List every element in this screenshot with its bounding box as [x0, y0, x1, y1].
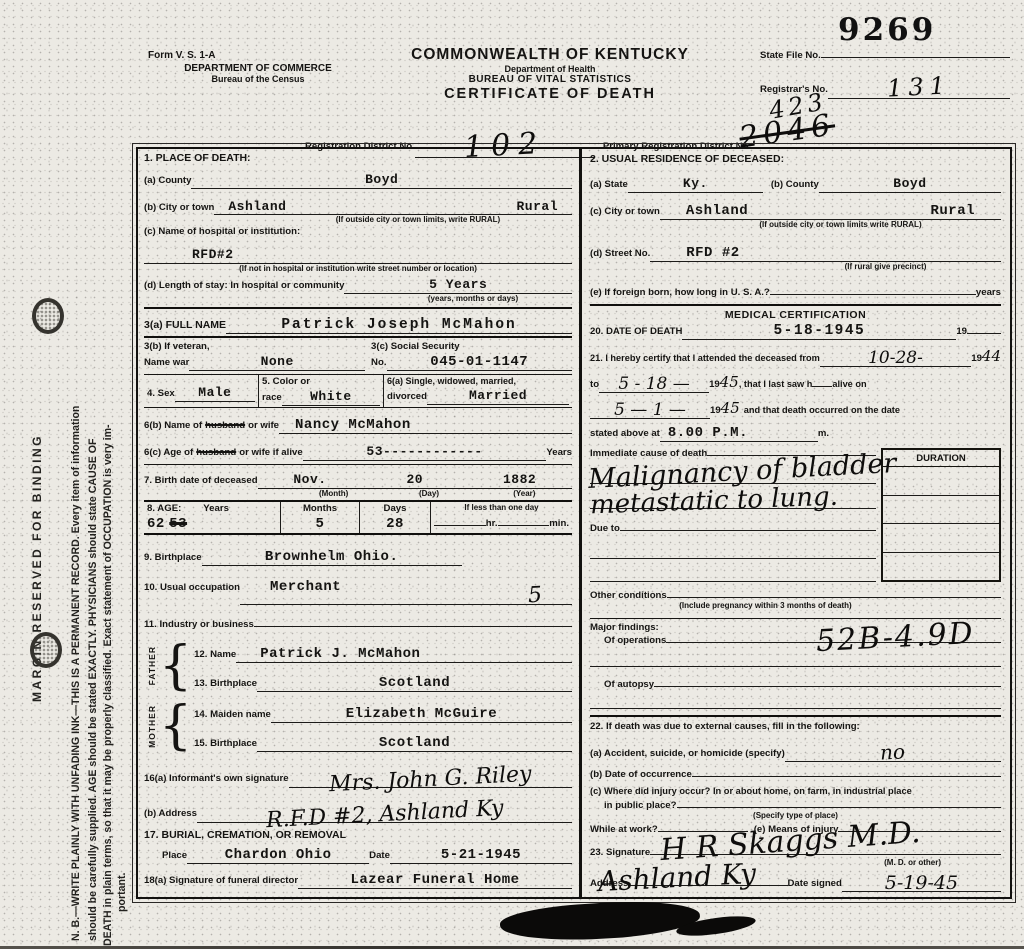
s23-date-label: Date signed	[788, 878, 842, 889]
s7-month: Nov.	[293, 472, 326, 487]
s6c-value: 53------------	[366, 444, 482, 459]
s16b-value: R.F.D #2, Ashland Ky	[265, 796, 504, 833]
s2d-value: RFD #2	[686, 245, 739, 261]
bureau-of-census: Bureau of the Census	[148, 74, 368, 84]
s2d-label: (d) Street No.	[590, 248, 650, 259]
s1c-note: (If not in hospital or institution write…	[144, 264, 572, 273]
state-file-label: State File No.	[760, 50, 821, 61]
s17-date-value: 5-21-1945	[441, 847, 521, 863]
s3b-value: None	[261, 354, 294, 369]
header-left: Form V. S. 1-A DEPARTMENT OF COMMERCE Bu…	[148, 50, 368, 84]
section-major-findings: Major findings: Of operations 52B-4.9D O…	[590, 622, 1001, 709]
s7-label: 7. Birth date of deceased	[144, 475, 258, 486]
s2a-label: (a) State	[590, 179, 628, 190]
s8-months-value: 5	[316, 516, 325, 532]
s18a-label: 18(a) Signature of funeral director	[144, 875, 298, 886]
s1a-label: (a) County	[144, 175, 191, 186]
form-number: Form V. S. 1-A	[148, 50, 368, 61]
s7-day-note: (Day)	[381, 489, 476, 498]
punch-hole-top	[32, 298, 64, 334]
s6b-post: or wife	[248, 420, 279, 431]
s20-year: 19	[956, 326, 967, 337]
c21-to-value: 5 - 18 —	[618, 374, 689, 394]
s17-place-label: Place	[162, 850, 187, 861]
section-father: FATHER { 12. Name Patrick J. McMahon 13.…	[144, 640, 572, 692]
c21-y1-value: 44	[982, 347, 1001, 365]
s2e-label: (e) If foreign born, how long in U. S. A…	[590, 287, 770, 298]
s8-years-value: 62	[147, 516, 165, 532]
e22b-label: (b) Date of occurrence	[590, 769, 692, 780]
section-21-certify: 21. I hereby certify that I attended the…	[590, 346, 1001, 442]
s5-value: White	[310, 389, 352, 404]
s23-label: 23. Signature	[590, 847, 650, 858]
s16a-label: 16(a) Informant's own signature	[144, 773, 289, 784]
other-conditions-note: (Include pregnancy within 3 months of de…	[590, 601, 1001, 610]
s3c-label-bottom: No.	[371, 357, 386, 368]
s2c-note: (If outside city or town limits write RU…	[590, 220, 1001, 229]
s11-label: 11. Industry or business	[144, 619, 254, 630]
s17-place-value: Chardon Ohio	[225, 847, 332, 863]
r13-label: 13. Birthplace	[194, 678, 257, 689]
department-of-health: Department of Health	[385, 64, 715, 74]
death-certificate-scan: MARGIN RESERVED FOR BINDING N. B.—WRITE …	[0, 0, 1024, 949]
c21-y2pre: 19	[709, 379, 720, 390]
r15-label: 15. Birthplace	[194, 738, 257, 749]
registrar-no-line: 131	[828, 70, 1010, 99]
stamp-number: 9269	[838, 12, 936, 48]
section-cause-of-death: Immediate cause of death Due to Malignan…	[590, 448, 1001, 582]
e22a-label: (a) Accident, suicide, or homicide (spec…	[590, 748, 785, 759]
c21-y2-value: 45	[720, 373, 739, 391]
margin-note-line3: DEATH in plain terms, so that it may be …	[102, 424, 114, 946]
mother-brace: {	[159, 704, 192, 748]
section-birthplace: 9. Birthplace Brownhelm Ohio.	[144, 547, 572, 566]
s1a-value: Boyd	[365, 172, 398, 187]
s5-label-top: 5. Color or	[262, 376, 380, 387]
s1b-extra: Rural	[516, 199, 558, 214]
s16a-value: Mrs. John G. Riley	[329, 762, 533, 798]
s8-less-label: If less than one day	[434, 503, 569, 512]
s3c-label-top: 3(c) Social Security	[371, 341, 572, 352]
s8-label: 8. AGE:	[147, 503, 181, 514]
due-line-3	[590, 559, 876, 582]
father-side-label: FATHER	[147, 646, 157, 685]
r14-value: Elizabeth McGuire	[346, 706, 497, 722]
e22d-label: While at work?	[590, 824, 658, 835]
s3a-value: Patrick Joseph McMahon	[281, 317, 516, 333]
section-external-causes: 22. If death was due to external causes,…	[590, 721, 1001, 835]
section-informant-address: (b) Address R.F.D #2, Ashland Ky	[144, 797, 572, 823]
s7-year: 1882	[503, 472, 536, 487]
duration-row	[883, 524, 999, 553]
department-of-commerce: DEPARTMENT OF COMMERCE	[148, 63, 368, 74]
s3c-value: 045-01-1147	[430, 354, 528, 370]
s1d-value: 5 Years	[429, 277, 487, 292]
s6c-suffix: Years	[546, 447, 572, 458]
s6b-struck: husband	[205, 420, 245, 431]
s2c-label: (c) City or town	[590, 206, 660, 217]
certificate-body: 1. PLACE OF DEATH: (a) County Boyd (b) C…	[136, 147, 1012, 899]
section-occupation: 10. Usual occupation Merchant 5	[144, 579, 572, 605]
s20-label: 20. DATE OF DEATH	[590, 326, 682, 337]
r14-label: 14. Maiden name	[194, 709, 271, 720]
ink-blot	[499, 896, 701, 946]
c21-line4: stated above at	[590, 428, 660, 439]
section-physician-signature: 23. Signature H R Skaggs M.D. (M. D. or …	[590, 847, 1001, 892]
s10-value: Merchant	[270, 579, 341, 604]
s10-label: 10. Usual occupation	[144, 582, 240, 593]
s6c-post: or wife if alive	[239, 447, 302, 458]
section-other-conditions: Other conditions	[590, 590, 1001, 601]
e22c-label: (c) Where did injury occur? In or about …	[590, 786, 1001, 796]
s1d-label: (d) Length of stay: In hospital or commu…	[144, 280, 344, 291]
right-column: 2. USUAL RESIDENCE OF DECEASED: (a) Stat…	[579, 149, 1010, 897]
c21-line3: and that death occurred on the date	[744, 405, 900, 415]
duration-label: DURATION	[883, 450, 999, 467]
section-age: 8. AGE: Years 62 53 Months 5 Days 28 If …	[144, 502, 572, 533]
c21-line2: , that I last saw h	[739, 379, 813, 389]
s6a-label-top: 6(a) Single, widowed, married,	[387, 376, 569, 386]
s6b-pre: 6(b) Name of	[144, 420, 202, 431]
left-column: 1. PLACE OF DEATH: (a) County Boyd (b) C…	[138, 149, 579, 897]
s9-value: Brownhelm Ohio.	[265, 549, 399, 565]
due-to-label: Due to	[590, 523, 620, 534]
c21-line1: 21. I hereby certify that I attended the…	[590, 353, 820, 363]
s10-hw-value: 5	[527, 583, 542, 609]
margin-note-line2: should be carefully supplied. AGE should…	[87, 439, 99, 942]
section-sex-race-marital: 4. Sex Male 5. Color or race White 6(a) …	[144, 375, 572, 407]
s6a-label-bottom: divorced	[387, 391, 427, 402]
s3b-label-bottom: Name war	[144, 357, 189, 368]
r15-value: Scotland	[379, 735, 450, 751]
header-center: COMMONWEALTH OF KENTUCKY Department of H…	[385, 46, 715, 102]
s18a-value: Lazear Funeral Home	[350, 872, 519, 888]
med-title: MEDICAL CERTIFICATION	[590, 309, 1001, 321]
registrar-no-value: 131	[886, 71, 951, 102]
s1b-label: (b) City or town	[144, 202, 214, 213]
section-burial: 17. BURIAL, CREMATION, OR REMOVAL Place …	[144, 829, 572, 864]
autopsy-line-2	[590, 690, 1001, 709]
s1b-value: Ashland	[228, 199, 286, 214]
c21-y1pre: 19	[971, 353, 982, 364]
s8-days-label: Days	[363, 503, 427, 514]
s8-months-label: Months	[284, 503, 356, 514]
s16b-label: (b) Address	[144, 808, 197, 819]
s17-title: 17. BURIAL, CREMATION, OR REMOVAL	[144, 829, 572, 841]
s8-min-label: min.	[549, 518, 569, 529]
s1c-label: (c) Name of hospital or institution:	[144, 226, 300, 237]
c21-line2b: alive on	[832, 379, 866, 389]
other-conditions-label: Other conditions	[590, 590, 667, 601]
s2-title: 2. USUAL RESIDENCE OF DECEASED:	[590, 153, 1001, 165]
c21-to-label: to	[590, 379, 599, 390]
s7-day: 20	[406, 472, 423, 487]
r12-label: 12. Name	[194, 649, 236, 660]
s7-year-note: (Year)	[477, 489, 572, 498]
margin-note-line4: portant.	[116, 873, 128, 912]
section-spouse-name: 6(b) Name of husband or wife Nancy McMah…	[144, 415, 572, 434]
s4-value: Male	[198, 385, 231, 400]
c21-time-value: 8.00 P.M.	[668, 425, 748, 441]
r12-value: Patrick J. McMahon	[260, 646, 420, 662]
duration-row	[883, 496, 999, 525]
s8-years-struck: 53	[169, 516, 187, 532]
of-operations-label: Of operations	[604, 635, 666, 646]
section-usual-residence: 2. USUAL RESIDENCE OF DECEASED: (a) Stat…	[590, 151, 1001, 298]
cause-label: Immediate cause of death	[590, 448, 707, 459]
duration-row	[883, 553, 999, 581]
s2e-suffix: years	[976, 287, 1001, 298]
punch-hole-bottom	[30, 632, 62, 668]
c21-saw-value: 5 — 1 —	[614, 400, 686, 420]
section-medical-certification: MEDICAL CERTIFICATION 20. DATE OF DEATH …	[590, 306, 1001, 892]
section-informant-signature: 16(a) Informant's own signature Mrs. Joh…	[144, 762, 572, 788]
s2d-note: (If rural give precinct)	[590, 262, 1001, 271]
s20-value: 5-18-1945	[773, 323, 865, 339]
c21-y3pre: 19	[710, 405, 721, 416]
margin-note-line1: N. B.—WRITE PLAINLY WITH UNFADING INK—TH…	[70, 406, 82, 941]
s6c-pre: 6(c) Age of	[144, 447, 193, 458]
duration-box: DURATION	[881, 448, 1001, 582]
s23-date-value: 5-19-45	[885, 872, 958, 894]
due-line-2	[590, 534, 876, 559]
r13-value: Scotland	[379, 675, 450, 691]
s6b-value: Nancy McMahon	[295, 417, 411, 433]
s6a-value: Married	[469, 388, 527, 403]
s2a-value: Ky.	[683, 176, 708, 191]
e22a-value: no	[880, 739, 906, 764]
s6c-struck: husband	[196, 447, 236, 458]
section-industry: 11. Industry or business	[144, 619, 572, 630]
section-birth-date: 7. Birth date of deceased Nov. 20 1882 (…	[144, 465, 572, 498]
e22-title: 22. If death was due to external causes,…	[590, 721, 1001, 732]
s1c-value: RFD#2	[192, 247, 234, 262]
s1d-note: (years, months or days)	[144, 294, 572, 303]
section-veteran-ssn: 3(b) If veteran, Name war None 3(c) Soci…	[144, 338, 572, 371]
section-mother: MOTHER { 14. Maiden name Elizabeth McGui…	[144, 700, 572, 752]
e22c-label2: in public place?	[604, 800, 677, 811]
s3a-label: 3(a) FULL NAME	[144, 319, 226, 331]
c21-m-label: m.	[818, 428, 829, 439]
state-file-line	[821, 53, 1010, 58]
s17-date-label: Date	[369, 850, 390, 861]
s2b-value: Boyd	[893, 176, 926, 191]
bureau-vital-statistics: BUREAU OF VITAL STATISTICS	[385, 74, 715, 85]
s4-label: 4. Sex	[147, 388, 175, 399]
e22c-note: (Specify type of place)	[590, 811, 1001, 820]
s2b-label: (b) County	[771, 179, 819, 190]
stamp-number-text: 9269	[838, 12, 936, 48]
mother-side-label: MOTHER	[147, 705, 157, 748]
c21-y3-value: 45	[721, 399, 740, 417]
c21-from-value: 10-28-	[868, 348, 923, 368]
s18-by-value: O. L. Lazar	[394, 892, 506, 899]
s23-address-value: Ashland Ky	[598, 857, 758, 898]
s8-hr-label: hr.	[486, 518, 498, 529]
s7-month-note: (Month)	[286, 489, 381, 498]
section-funeral-director: 18(a) Signature of funeral director Laze…	[144, 864, 572, 899]
section-full-name: 3(a) FULL NAME Patrick Joseph McMahon	[144, 309, 572, 336]
s5-label-bottom: race	[262, 392, 282, 403]
duration-row	[883, 467, 999, 496]
s2c-value: Ashland	[686, 203, 748, 219]
s1b-note: (If outside city or town limits, write R…	[144, 215, 572, 224]
s3b-label-top: 3(b) If veteran,	[144, 341, 365, 352]
s8-days-value: 28	[386, 516, 404, 532]
s1-title: 1. PLACE OF DEATH:	[144, 152, 572, 164]
section-spouse-age: 6(c) Age of husband or wife if alive 53-…	[144, 442, 572, 461]
s9-label: 9. Birthplace	[144, 552, 202, 563]
father-brace: {	[159, 644, 192, 688]
s8-years-label: Years	[203, 503, 229, 514]
of-autopsy-label: Of autopsy	[604, 679, 654, 690]
certificate-title: CERTIFICATE OF DEATH	[385, 86, 715, 102]
section-place-of-death: 1. PLACE OF DEATH: (a) County Boyd (b) C…	[144, 152, 572, 303]
commonwealth-title: COMMONWEALTH OF KENTUCKY	[385, 46, 715, 64]
s2c-extra: Rural	[930, 203, 975, 219]
